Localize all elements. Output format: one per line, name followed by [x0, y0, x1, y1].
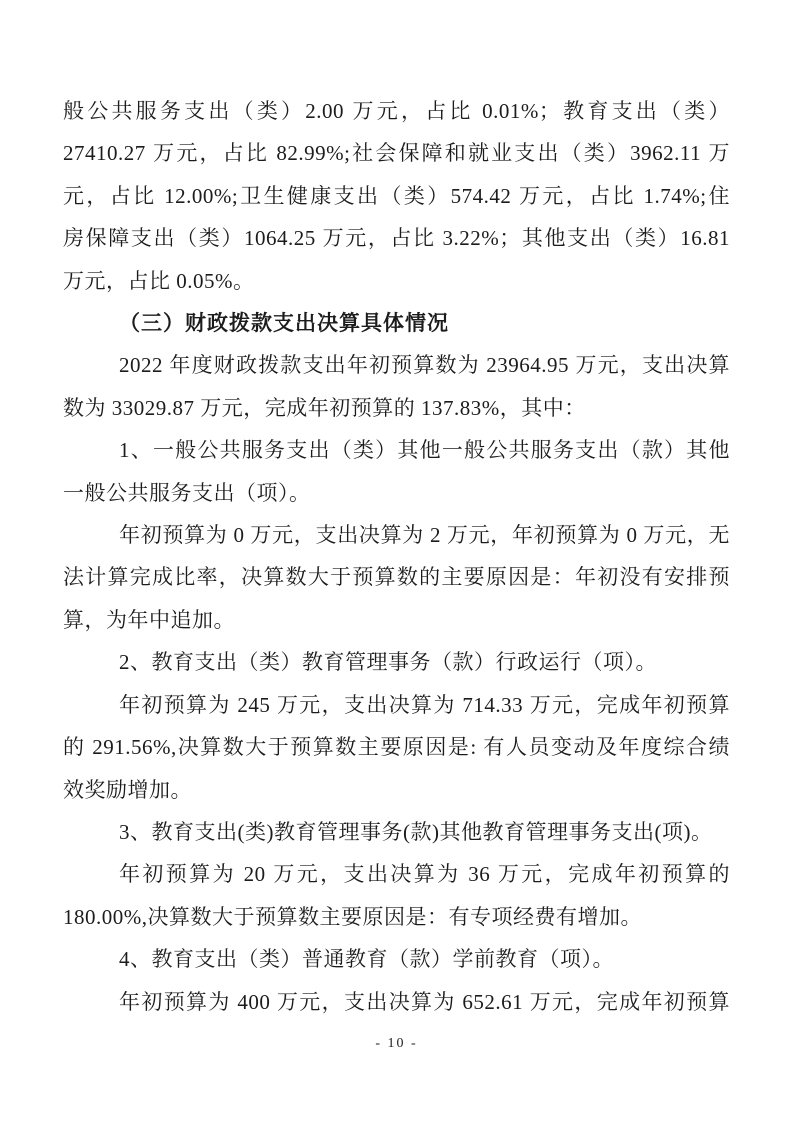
list-item-1: 1、一般公共服务支出（类）其他一般公共服务支出（款）其他 — [63, 429, 730, 471]
text-line: 数为 33029.87 万元，完成年初预算的 137.83%，其中： — [63, 387, 730, 429]
text-line: 年初预算为 400 万元，支出决算为 652.61 万元，完成年初预算 — [63, 981, 730, 1023]
list-item-3: 3、教育支出(类)教育管理事务(款)其他教育管理事务支出(项)。 — [63, 811, 730, 853]
page-number: - 10 - — [0, 1036, 793, 1052]
text-line: 效奖励增加。 — [63, 769, 730, 811]
text-line: 年初预算为 245 万元，支出决算为 714.33 万元，完成年初预算 — [63, 684, 730, 726]
list-item-4: 4、教育支出（类）普通教育（款）学前教育（项）。 — [63, 938, 730, 980]
list-item-2: 2、教育支出（类）教育管理事务（款）行政运行（项）。 — [63, 641, 730, 683]
text-line: 2022 年度财政拨款支出年初预算数为 23964.95 万元，支出决算 — [63, 344, 730, 386]
text-line: 算，为年中追加。 — [63, 599, 730, 641]
section-heading: （三）财政拨款支出决算具体情况 — [63, 302, 730, 344]
document-body: 般公共服务支出（类）2.00 万元，占比 0.01%；教育支出（类） 27410… — [63, 90, 730, 1023]
text-line: 元，占比 12.00%;卫生健康支出（类）574.42 万元，占比 1.74%;… — [63, 175, 730, 217]
text-line: 万元，占比 0.05%。 — [63, 260, 730, 302]
text-line: 年初预算为 20 万元，支出决算为 36 万元，完成年初预算的 — [63, 853, 730, 895]
text-line: 27410.27 万元，占比 82.99%;社会保障和就业支出（类）3962.1… — [63, 132, 730, 174]
document-page: 般公共服务支出（类）2.00 万元，占比 0.01%；教育支出（类） 27410… — [0, 0, 793, 1122]
text-line: 年初预算为 0 万元，支出决算为 2 万元，年初预算为 0 万元，无 — [63, 514, 730, 556]
text-line: 的 291.56%,决算数大于预算数主要原因是: 有人员变动及年度综合绩 — [63, 726, 730, 768]
text-line: 房保障支出（类）1064.25 万元，占比 3.22%；其他支出（类）16.81 — [63, 217, 730, 259]
text-line: 一般公共服务支出（项）。 — [63, 472, 730, 514]
text-line: 法计算完成比率，决算数大于预算数的主要原因是：年初没有安排预 — [63, 556, 730, 598]
text-line: 般公共服务支出（类）2.00 万元，占比 0.01%；教育支出（类） — [63, 90, 730, 132]
text-line: 180.00%,决算数大于预算数主要原因是：有专项经费有增加。 — [63, 896, 730, 938]
